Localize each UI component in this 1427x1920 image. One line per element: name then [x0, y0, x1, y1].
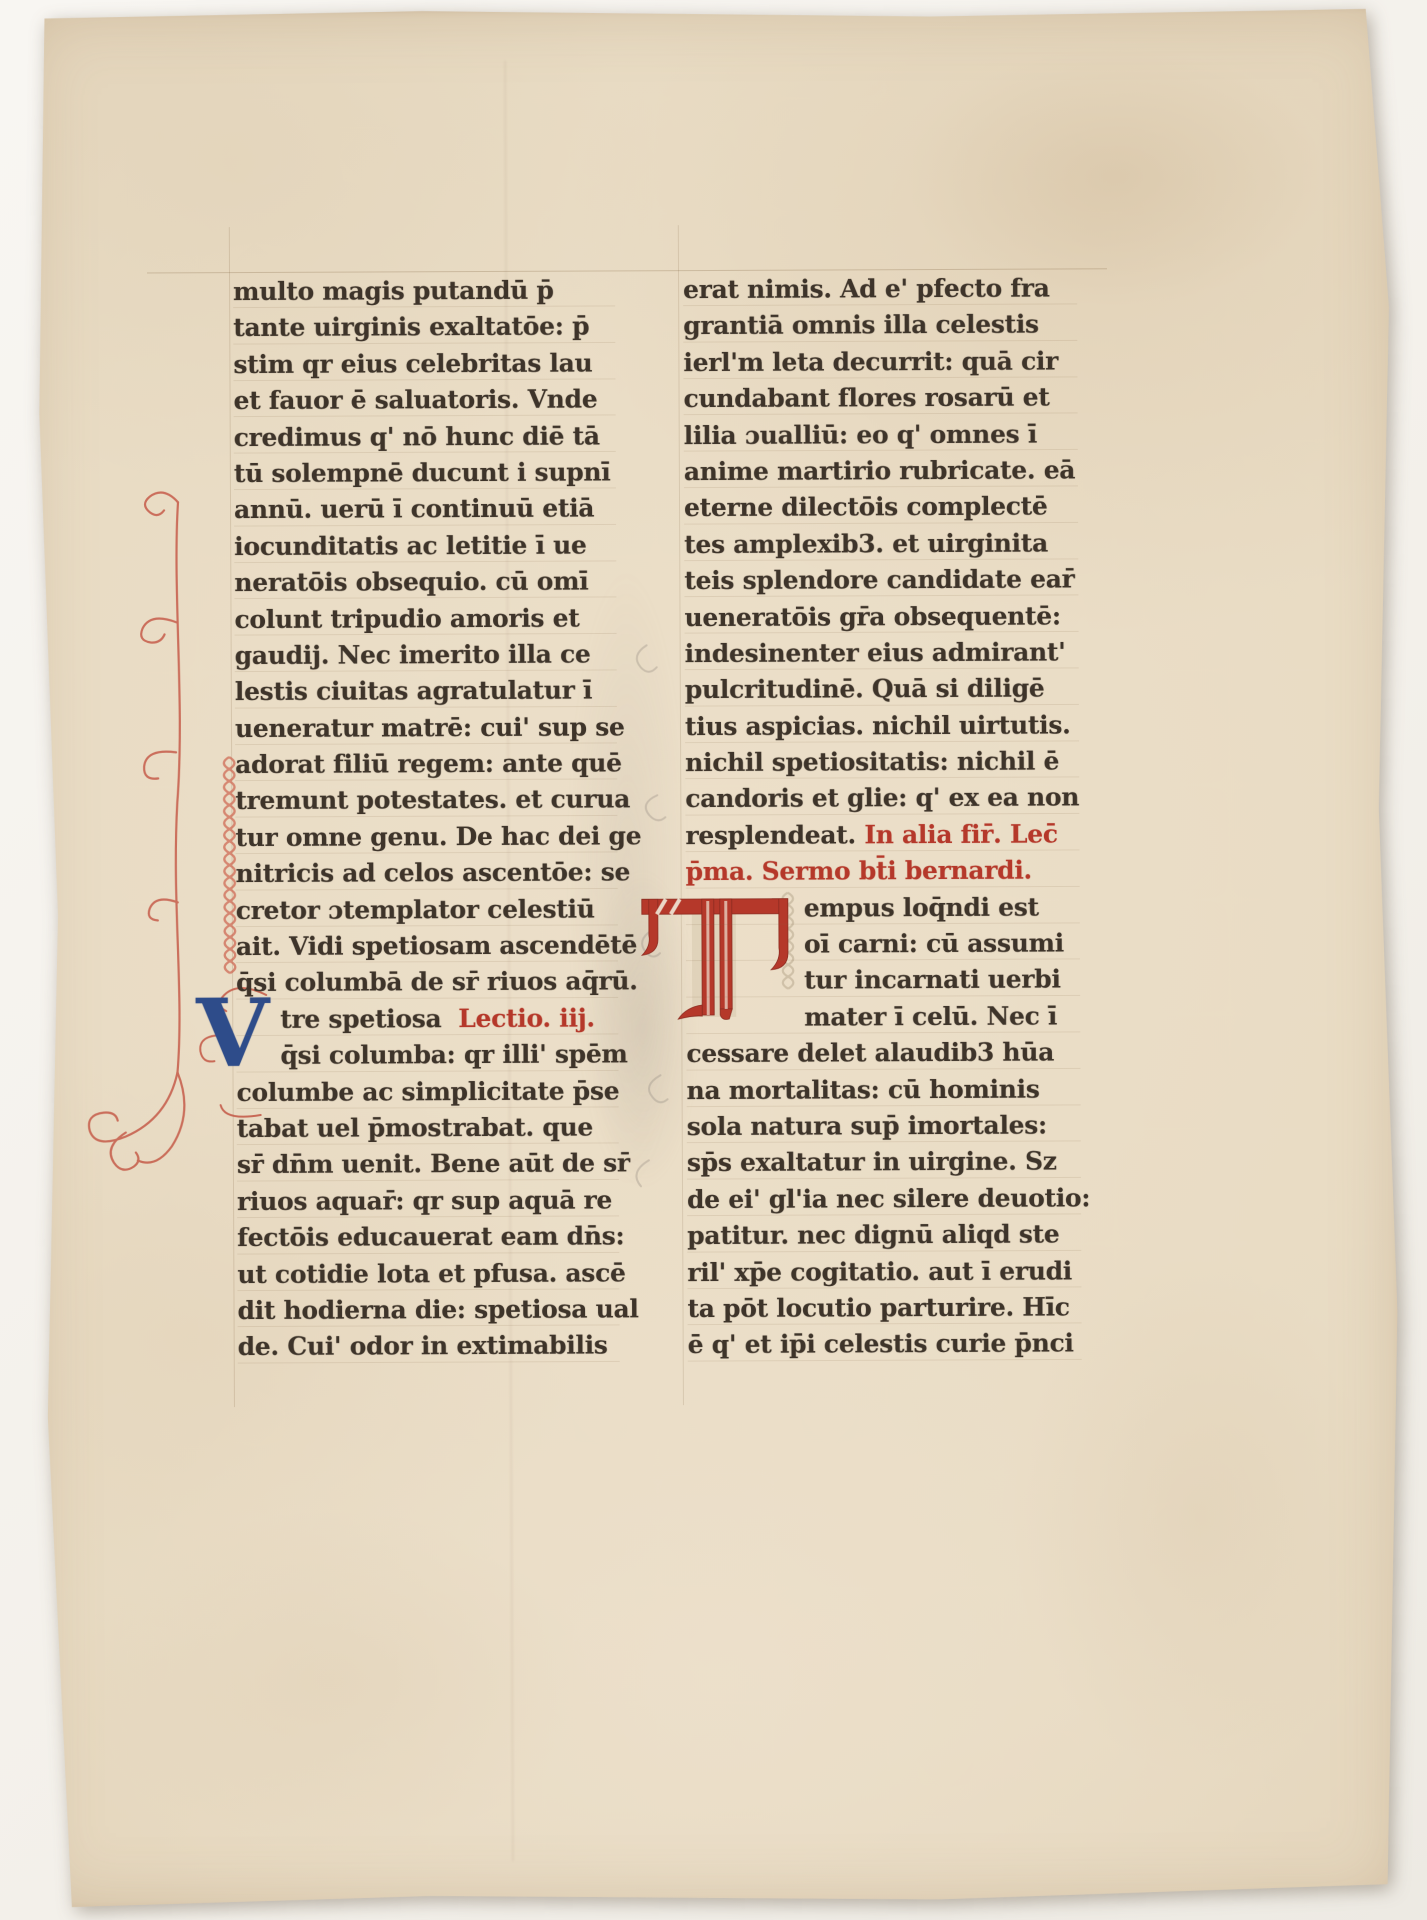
body-text: tre spetiosa — [280, 1004, 458, 1034]
body-text: tes amplexib3. et uirginita — [684, 528, 1048, 559]
text-line: dit hodierna die: spetiosa ual — [237, 1291, 619, 1329]
text-line: tur incarnati uerbi — [686, 962, 1080, 1000]
body-text: eterne dilectōis complectē — [684, 492, 1048, 523]
body-text: ē q' et ip̄i celestis curie p̄nci — [688, 1329, 1074, 1360]
text-line: teis splendore candidate ear̄ — [684, 562, 1078, 600]
text-line: ril' xp̄e cogitatio. aut ī erudi — [687, 1253, 1081, 1291]
body-text: ut cotidie lota et pfusa. ascē — [237, 1258, 625, 1289]
text-line: cessare delet alaudib3 hūa — [686, 1035, 1080, 1073]
manuscript-leaf: V T — [24, 5, 1404, 1911]
body-text: tius aspicias. nichil uirtutis. — [685, 710, 1071, 741]
body-text: tur incarnati uerbi — [804, 965, 1061, 995]
body-text: colunt tripudio amoris et — [234, 603, 579, 634]
text-line: tū solempnē ducunt i supnī — [234, 454, 616, 492]
text-line: tur omne genu. De hac dei ge — [235, 818, 617, 856]
body-text: tū solempnē ducunt i supnī — [234, 457, 611, 488]
body-text: cretor ɔtemplator celestiū — [236, 894, 595, 925]
body-text: stim qr eius celebritas lau — [233, 348, 592, 379]
text-line: fectōis educauerat eam dn̄s: — [237, 1219, 619, 1257]
text-line: ta pōt locutio parturire. Hīc — [687, 1289, 1081, 1327]
body-text: empus loq̄ndi est — [804, 892, 1039, 922]
text-line: credimus q' nō hunc diē tā — [234, 418, 616, 456]
text-column-right: erat nimis. Ad e' pfecto fragrantiā omni… — [683, 270, 1082, 1363]
body-text: multo magis putandū p̄ — [233, 276, 554, 306]
text-line: nitricis ad celos ascentōe: se — [236, 855, 618, 893]
text-line: patitur. nec dignū aliqd ste — [687, 1217, 1081, 1255]
text-line: nichil spetiositatis: nichil ē — [685, 743, 1079, 781]
text-line: sp̄s exaltatur in uirgine. Sz — [687, 1144, 1081, 1182]
text-line: ierl'm leta decurrit: quā cir — [683, 343, 1077, 381]
vellum-stain — [904, 45, 1325, 307]
text-line: tius aspicias. nichil uirtutis. — [685, 707, 1079, 745]
body-text: tante uirginis exaltatōe: p̄ — [233, 312, 589, 343]
body-text: credimus q' nō hunc diē tā — [234, 421, 600, 452]
text-line: p̄ma. Sermo bt̄i bernardi. — [686, 853, 1080, 891]
text-line: ē q' et ip̄i celestis curie p̄nci — [688, 1326, 1082, 1364]
text-line: eterne dilectōis complectē — [684, 489, 1078, 527]
text-line: na mortalitas: cū hominis — [687, 1071, 1081, 1109]
body-text: cundabant flores rosarū et — [683, 383, 1049, 414]
body-text: anime martirio rubricate. eā — [684, 455, 1075, 486]
text-line: iocunditatis ac letitie ī ue — [234, 527, 616, 565]
body-text: pulcritudinē. Quā si diligē — [685, 674, 1045, 705]
text-line: de ei' gl'ia nec silere deuotio: — [687, 1180, 1081, 1218]
text-line: empus loq̄ndi est — [686, 889, 1080, 927]
vellum-stain — [70, 1509, 591, 1851]
text-line: ueneratur matrē: cui' sup se — [235, 709, 617, 747]
body-text: teis splendore candidate ear̄ — [684, 565, 1074, 596]
body-text: ta pōt locutio parturire. Hīc — [687, 1292, 1069, 1323]
body-text: lilia ɔualliū: eo q' omnes ī — [684, 419, 1037, 450]
text-line: de. Cui' odor in extimabilis — [238, 1328, 620, 1366]
text-line: multo magis putandū p̄ — [233, 272, 615, 310]
text-line: oī carni: cū assumi — [686, 925, 1080, 963]
body-text: lestis ciuitas agratulatur ī — [235, 676, 593, 707]
text-line: lilia ɔualliū: eo q' omnes ī — [684, 416, 1078, 454]
text-line: sr̄ dn̄m uenit. Bene aūt de sr̄ — [237, 1146, 619, 1184]
text-line: anime martirio rubricate. eā — [684, 452, 1078, 490]
text-line: tre spetiosa Lectio. iij. — [236, 1000, 618, 1038]
text-line: ait. Vidi spetiosam ascendētē — [236, 927, 618, 965]
body-text: iocunditatis ac letitie ī ue — [234, 530, 587, 561]
body-text: indesinenter eius admirant' — [685, 637, 1066, 668]
text-line: lestis ciuitas agratulatur ī — [235, 673, 617, 711]
text-line: colunt tripudio amoris et — [234, 600, 616, 638]
rubric-text: In alia fir̄. Lec̄ — [864, 819, 1058, 849]
body-text: riuos aquar̄: qr sup aquā re — [237, 1185, 612, 1216]
text-line: erat nimis. Ad e' pfecto fra — [683, 270, 1077, 308]
text-line: annū. uerū ī continuū etiā — [234, 491, 616, 529]
body-text: patitur. nec dignū aliqd ste — [687, 1220, 1059, 1251]
body-text: erat nimis. Ad e' pfecto fra — [683, 274, 1050, 305]
text-line: columbe ac simplicitate p̄se — [237, 1073, 619, 1111]
body-text: et fauor ē saluatoris. Vnde — [234, 385, 598, 416]
body-text: neratōis obsequio. cū omī — [234, 567, 588, 598]
body-text: oī carni: cū assumi — [804, 929, 1064, 959]
body-text: nitricis ad celos ascentōe: se — [236, 858, 631, 889]
body-text: q̄si columba: qr illi' spēm — [280, 1040, 627, 1071]
text-line: mater ī celū. Nec ī — [686, 998, 1080, 1036]
body-text: mater ī celū. Nec ī — [804, 1001, 1057, 1031]
body-text: tremunt potestates. et curua — [235, 785, 630, 816]
text-line: adorat filiū regem: ante quē — [235, 745, 617, 783]
body-text: ait. Vidi spetiosam ascendētē — [236, 930, 637, 961]
body-text: sola natura sup̄ imortales: — [687, 1111, 1047, 1142]
page-backdrop: { "artifact": { "label": "manuscript-lea… — [0, 0, 1427, 1920]
text-line: ut cotidie lota et pfusa. ascē — [237, 1255, 619, 1293]
text-line: tremunt potestates. et curua — [235, 782, 617, 820]
text-line: riuos aquar̄: qr sup aquā re — [237, 1182, 619, 1220]
text-line: sola natura sup̄ imortales: — [687, 1107, 1081, 1145]
text-line: gaudij. Nec imerito illa ce — [235, 636, 617, 674]
body-text: ril' xp̄e cogitatio. aut ī erudi — [687, 1256, 1072, 1287]
body-text: resplendeat. — [685, 820, 864, 850]
text-line: cretor ɔtemplator celestiū — [236, 891, 618, 929]
text-line: pulcritudinē. Quā si diligē — [685, 671, 1079, 709]
body-text: de. Cui' odor in extimabilis — [238, 1331, 608, 1362]
body-text: ierl'm leta decurrit: quā cir — [683, 346, 1058, 377]
body-text: gaudij. Nec imerito illa ce — [235, 639, 591, 670]
text-line: neratōis obsequio. cū omī — [234, 564, 616, 602]
body-text: ueneratōis gr̄a obsequentē: — [684, 601, 1060, 632]
body-text: fectōis educauerat eam dn̄s: — [237, 1222, 624, 1253]
text-line: et fauor ē saluatoris. Vnde — [233, 382, 615, 420]
body-text: tabat uel p̄mostrabat. que — [237, 1113, 593, 1144]
text-line: stim qr eius celebritas lau — [233, 345, 615, 383]
text-line: q̄si columba: qr illi' spēm — [236, 1037, 618, 1075]
body-text: columbe ac simplicitate p̄se — [237, 1076, 620, 1107]
text-line: q̄si columbā de sr̄ riuos aq̄rū. — [236, 964, 618, 1002]
body-text: ueneratur matrē: cui' sup se — [235, 712, 625, 743]
text-line: tes amplexib3. et uirginita — [684, 525, 1078, 563]
body-text: sr̄ dn̄m uenit. Bene aūt de sr̄ — [237, 1149, 630, 1180]
body-text: nichil spetiositatis: nichil ē — [685, 747, 1059, 778]
text-line: tante uirginis exaltatōe: p̄ — [233, 309, 615, 347]
rubric-text: Lectio. iij. — [458, 1003, 595, 1033]
body-text: grantiā omnis illa celestis — [683, 310, 1039, 341]
body-text: q̄si columbā de sr̄ riuos aq̄rū. — [236, 967, 638, 998]
text-line: candoris et glie: q' ex ea non — [685, 780, 1079, 818]
text-line: tabat uel p̄mostrabat. que — [237, 1109, 619, 1147]
body-text: de ei' gl'ia nec silere deuotio: — [687, 1183, 1090, 1214]
body-text: candoris et glie: q' ex ea non — [685, 783, 1079, 814]
body-text: sp̄s exaltatur in uirgine. Sz — [687, 1147, 1057, 1178]
body-text: cessare delet alaudib3 hūa — [686, 1038, 1054, 1069]
text-line: indesinenter eius admirant' — [685, 634, 1079, 672]
body-text: tur omne genu. De hac dei ge — [235, 821, 641, 852]
body-text: adorat filiū regem: ante quē — [235, 748, 622, 779]
body-text: annū. uerū ī continuū etiā — [234, 494, 594, 525]
rubric-text: p̄ma. Sermo bt̄i bernardi. — [686, 856, 1032, 887]
text-line: cundabant flores rosarū et — [683, 380, 1077, 418]
body-text: na mortalitas: cū hominis — [687, 1074, 1040, 1105]
text-line: grantiā omnis illa celestis — [683, 307, 1077, 345]
vellum-surface: V T — [24, 5, 1404, 1911]
text-column-left: multo magis putandū p̄tante uirginis exa… — [233, 272, 620, 1365]
text-line: resplendeat. In alia fir̄. Lec̄ — [685, 816, 1079, 854]
body-text: dit hodierna die: spetiosa ual — [237, 1294, 638, 1325]
text-line: ueneratōis gr̄a obsequentē: — [684, 598, 1078, 636]
